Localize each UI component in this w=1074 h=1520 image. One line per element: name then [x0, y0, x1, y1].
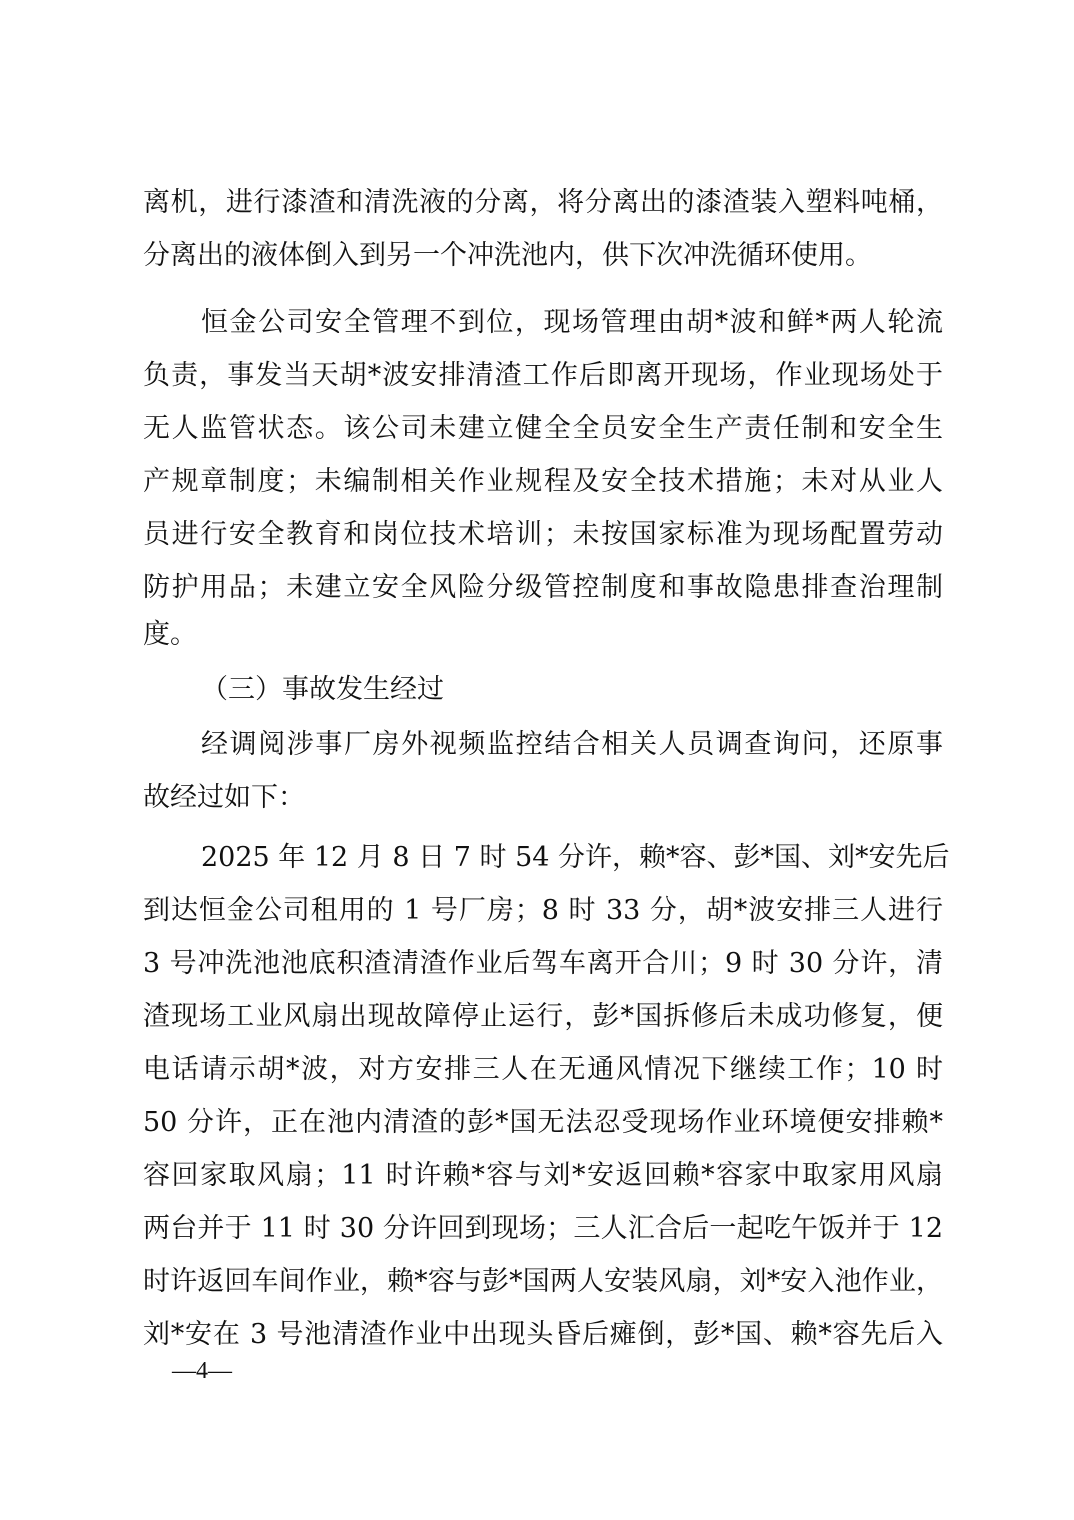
text-line: 渣现场工业风扇出现故障停止运行，彭*国拆修后未成功修复，便 — [143, 997, 943, 1037]
text-line: 无人监管状态。该公司未建立健全全员安全生产责任制和安全生 — [143, 409, 943, 449]
text-line: 经调阅涉事厂房外视频监控结合相关人员调查询问，还原事 — [201, 725, 943, 765]
text-line: 故经过如下： — [143, 778, 943, 818]
text-line: 分离出的液体倒入到另一个冲洗池内，供下次冲洗循环使用。 — [143, 236, 943, 276]
text-line: 产规章制度；未编制相关作业规程及安全技术措施；未对从业人 — [143, 462, 943, 502]
text-line: 恒金公司安全管理不到位，现场管理由胡*波和鲜*两人轮流 — [201, 303, 943, 343]
text-line: 到达恒金公司租用的 1 号厂房；8 时 33 分，胡*波安排三人进行 — [143, 891, 943, 931]
text-line: 50 分许，正在池内清渣的彭*国无法忍受现场作业环境便安排赖* — [143, 1103, 943, 1143]
page-number: —4— — [172, 1356, 232, 1386]
text-line: 电话请示胡*波，对方安排三人在无通风情况下继续工作；10 时 — [143, 1050, 943, 1090]
text-line: 度。 — [143, 615, 943, 655]
text-line: 刘*安在 3 号池清渣作业中出现头昏后瘫倒，彭*国、赖*容先后入 — [143, 1315, 943, 1355]
text-line: 防护用品；未建立安全风险分级管控制度和事故隐患排查治理制 — [143, 568, 943, 608]
text-line: 离机，进行漆渣和清洗液的分离，将分离出的漆渣装入塑料吨桶， — [143, 183, 943, 223]
text-line: 时许返回车间作业，赖*容与彭*国两人安装风扇，刘*安入池作业， — [143, 1262, 943, 1302]
text-line: 2025 年 12 月 8 日 7 时 54 分许，赖*容、彭*国、刘*安先后 — [201, 838, 943, 878]
text-line: 3 号冲洗池池底积渣清渣作业后驾车离开合川；9 时 30 分许，清 — [143, 944, 943, 984]
text-line: 负责，事发当天胡*波安排清渣工作后即离开现场，作业现场处于 — [143, 356, 943, 396]
text-line: 容回家取风扇；11 时许赖*容与刘*安返回赖*容家中取家用风扇 — [143, 1156, 943, 1196]
text-line: 员进行安全教育和岗位技术培训；未按国家标准为现场配置劳动 — [143, 515, 943, 555]
section-heading: （三）事故发生经过 — [201, 670, 444, 710]
text-line: 两台并于 11 时 30 分许回到现场；三人汇合后一起吃午饭并于 12 — [143, 1209, 943, 1249]
